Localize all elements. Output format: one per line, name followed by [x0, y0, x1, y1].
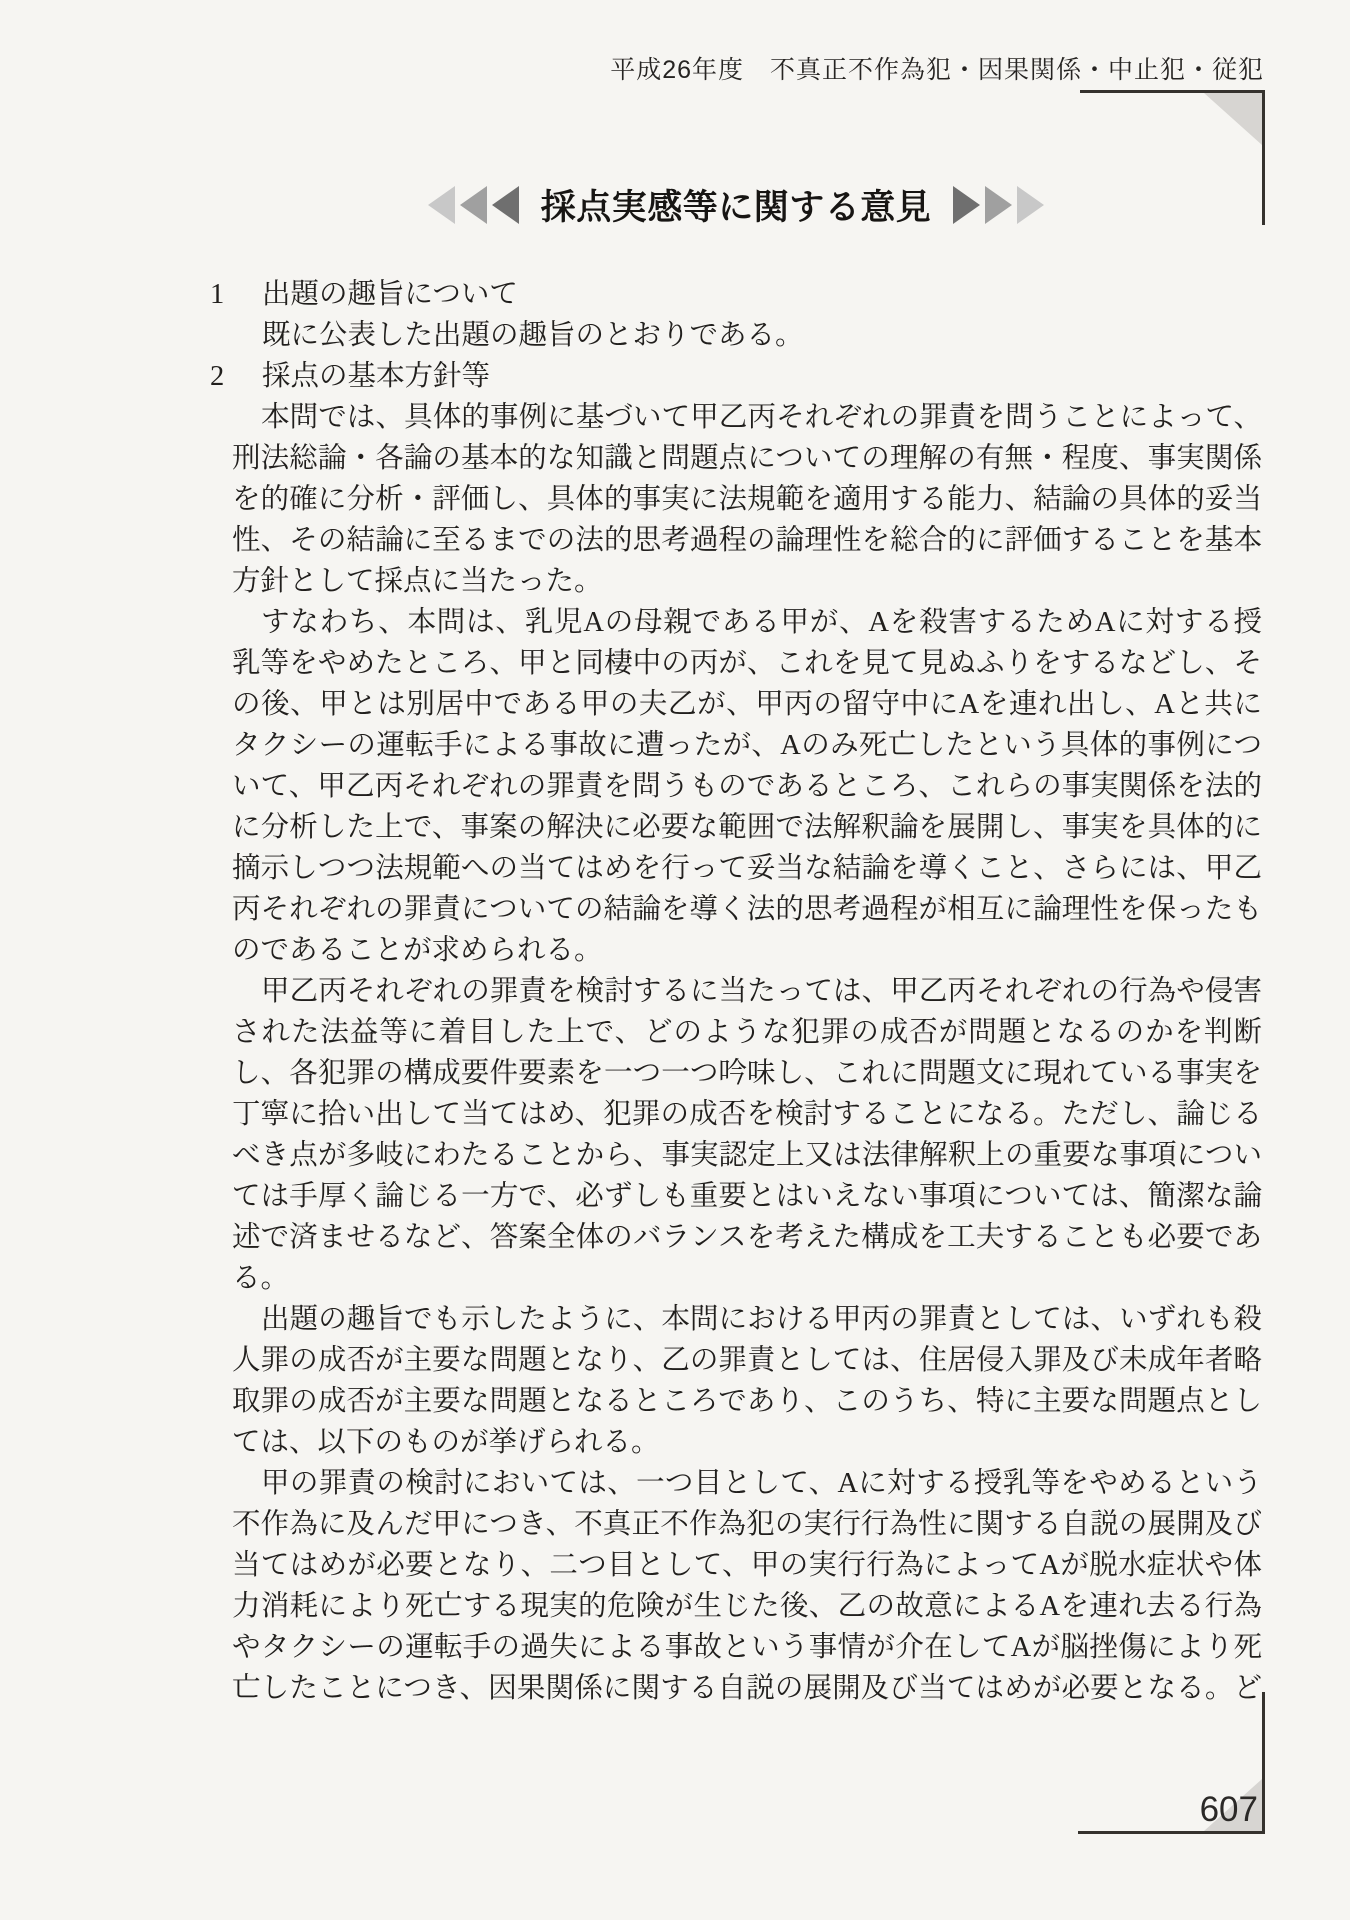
text-block: 1出題の趣旨について既に公表した出題の趣旨のとおりである。2採点の基本方針等本問…: [210, 274, 1265, 1709]
text-line: 2採点の基本方針等: [210, 356, 1265, 397]
text-line: 出題の趣旨でも示したように、本問における甲丙の罪責としては、いずれも殺: [232, 1299, 1262, 1340]
text-line: 不作為に及んだ甲につき、不真正不作為犯の実行行為性に関する自説の展開及び: [232, 1504, 1262, 1545]
top-right-rule-vertical: [1262, 90, 1265, 225]
right-triangle-icon: [985, 186, 1012, 224]
item-label: 採点の基本方針等: [262, 361, 490, 392]
item-number: 1: [210, 274, 262, 315]
text-line: 乳等をやめたところ、甲と同棲中の丙が、これを見て見ぬふりをするなどし、そ: [232, 643, 1262, 684]
running-head: 平成26年度 不真正不作為犯・因果関係・中止犯・従犯: [610, 50, 1264, 86]
text-line: し、各犯罪の構成要件要素を一つ一つ吟味し、これに問題文に現れている事実を: [232, 1053, 1262, 1094]
text-line: ては手厚く論じる一方で、必ずしも重要とはいえない事項については、簡潔な論: [232, 1176, 1262, 1217]
text-line: 丁寧に拾い出して当てはめ、犯罪の成否を検討することになる。ただし、論じる: [232, 1094, 1262, 1135]
text-line: 方針として採点に当たった。: [232, 561, 1262, 602]
top-right-rule-horizontal: [1080, 90, 1265, 93]
text-line: のであることが求められる。: [232, 930, 1262, 971]
right-triangle-icon: [1017, 186, 1044, 224]
text-line: すなわち、本問は、乳児Aの母親である甲が、Aを殺害するためAに対する授: [232, 602, 1262, 643]
text-line: された法益等に着目した上で、どのような犯罪の成否が問題となるのかを判断: [232, 1012, 1262, 1053]
text-line: べき点が多岐にわたることから、事実認定上又は法律解釈上の重要な事項につい: [232, 1135, 1262, 1176]
text-line: 丙それぞれの罪責についての結論を導く法的思考過程が相互に論理性を保ったも: [232, 889, 1262, 930]
text-line: タクシーの運転手による事故に遭ったが、Aのみ死亡したという具体的事例につ: [232, 725, 1262, 766]
page-number: 607: [1200, 1792, 1258, 1828]
text-line: 当てはめが必要となり、二つ目として、甲の実行行為によってAが脱水症状や体: [232, 1545, 1262, 1586]
text-line: 力消耗により死亡する現実的危険が生じた後、乙の故意によるAを連れ去る行為: [232, 1586, 1262, 1627]
text-line: 既に公表した出題の趣旨のとおりである。: [262, 315, 1265, 356]
text-line: 本問では、具体的事例に基づいて甲乙丙それぞれの罪責を問うことによって、: [232, 397, 1262, 438]
item-number: 2: [210, 356, 262, 397]
left-triangle-icon: [492, 186, 519, 224]
section-title-row: 採点実感等に関する意見: [210, 178, 1262, 232]
text-line: 取罪の成否が主要な問題となるところであり、このうち、特に主要な問題点とし: [232, 1381, 1262, 1422]
text-line: 刑法総論・各論の基本的な知識と問題点についての理解の有無・程度、事実関係: [232, 438, 1262, 479]
text-line: に分析した上で、事案の解決に必要な範囲で法解釈論を展開し、事実を具体的に: [232, 807, 1262, 848]
text-line: 摘示しつつ法規範への当てはめを行って妥当な結論を導くこと、さらには、甲乙: [232, 848, 1262, 889]
text-line: 性、その結論に至るまでの法的思考過程の論理性を総合的に評価することを基本: [232, 520, 1262, 561]
right-triangles-icon: [953, 186, 1044, 224]
text-line: の後、甲とは別居中である甲の夫乙が、甲丙の留守中にAを連れ出し、Aと共に: [232, 684, 1262, 725]
left-triangles-icon: [428, 186, 519, 224]
text-line: ては、以下のものが挙げられる。: [232, 1422, 1262, 1463]
left-triangle-icon: [460, 186, 487, 224]
text-line: る。: [232, 1258, 1262, 1299]
text-line: 述で済ませるなど、答案全体のバランスを考えた構成を工夫することも必要であ: [232, 1217, 1262, 1258]
text-line: 人罪の成否が主要な問題となり、乙の罪責としては、住居侵入罪及び未成年者略: [232, 1340, 1262, 1381]
text-line: やタクシーの運転手の過失による事故という事情が介在してAが脳挫傷により死: [232, 1627, 1262, 1668]
bottom-right-rule-horizontal: [1078, 1831, 1265, 1834]
left-triangle-icon: [428, 186, 455, 224]
book-page: 平成26年度 不真正不作為犯・因果関係・中止犯・従犯 採点実感等に関する意見 1…: [0, 0, 1350, 1920]
item-label: 出題の趣旨について: [262, 279, 518, 310]
bottom-right-rule-vertical: [1262, 1692, 1265, 1833]
text-line: 亡したことにつき、因果関係に関する自説の展開及び当てはめが必要となる。ど: [232, 1668, 1262, 1709]
text-line: 甲乙丙それぞれの罪責を検討するに当たっては、甲乙丙それぞれの行為や侵害: [232, 971, 1262, 1012]
text-line: いて、甲乙丙それぞれの罪責を問うものであるところ、これらの事実関係を法的: [232, 766, 1262, 807]
text-line: を的確に分析・評価し、具体的事実に法規範を適用する能力、結論の具体的妥当: [232, 479, 1262, 520]
page-title: 採点実感等に関する意見: [541, 180, 932, 230]
text-line: 甲の罪責の検討においては、一つ目として、Aに対する授乳等をやめるという: [232, 1463, 1262, 1504]
text-line: 1出題の趣旨について: [210, 274, 1265, 315]
right-triangle-icon: [953, 186, 980, 224]
top-right-corner-triangle: [1204, 93, 1262, 145]
